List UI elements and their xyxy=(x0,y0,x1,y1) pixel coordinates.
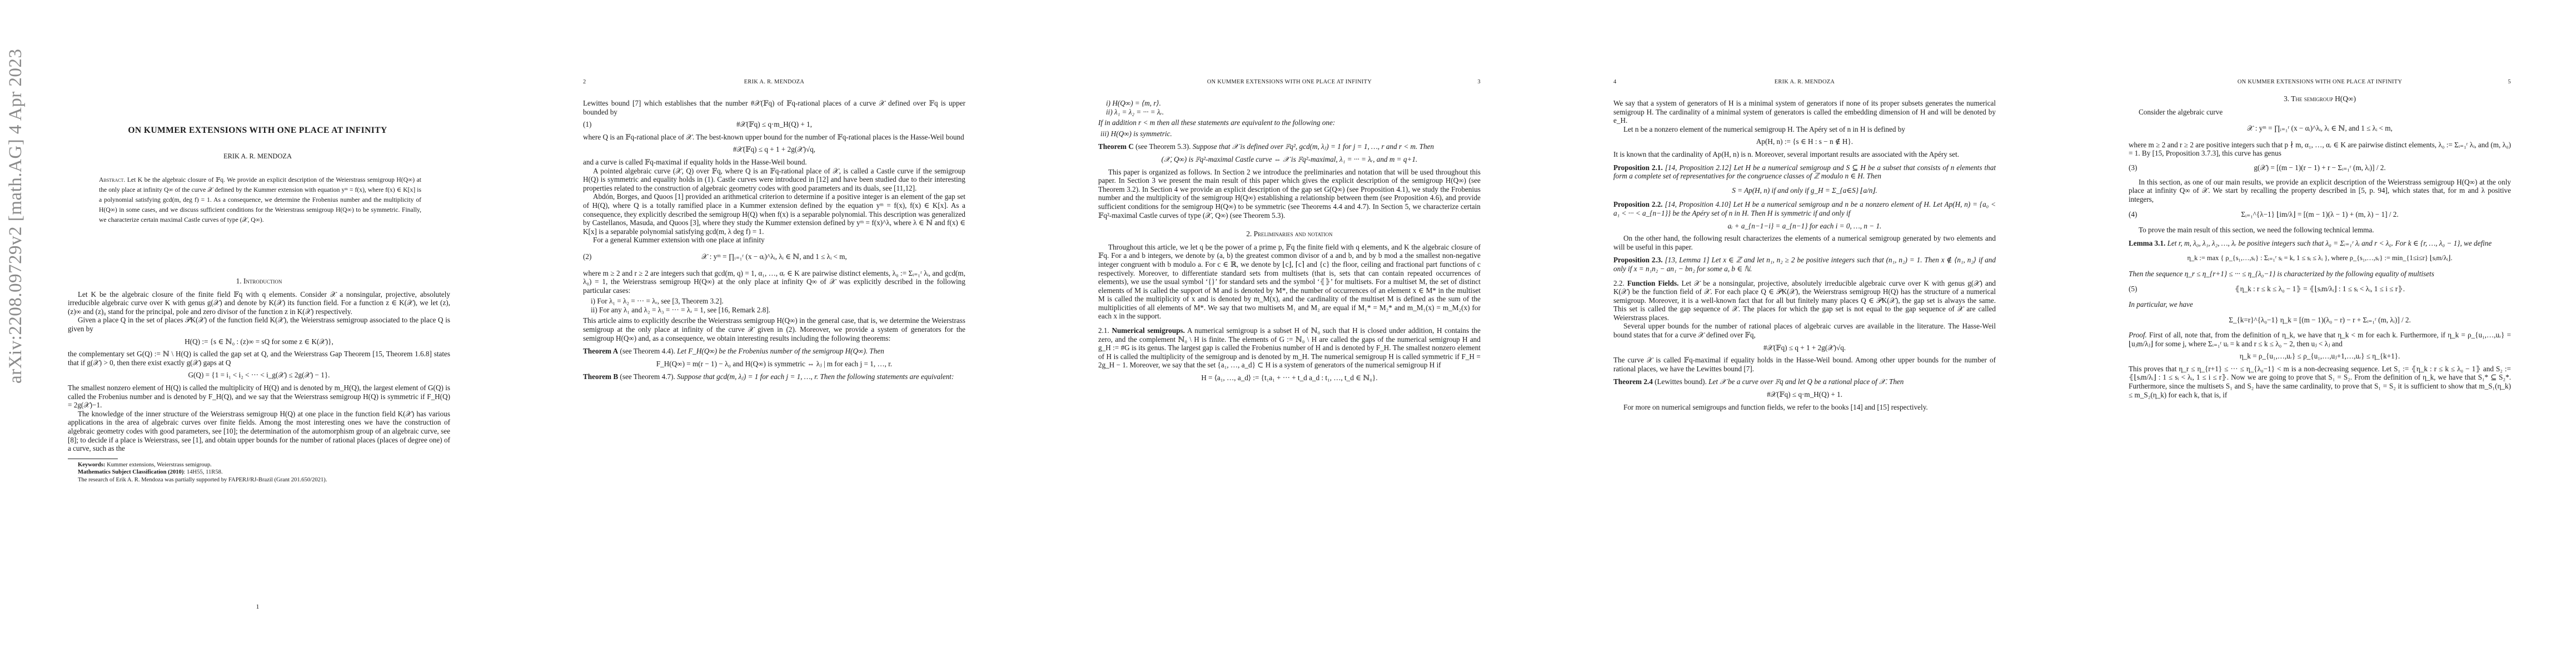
paragraph: For more on numerical semigroups and fun… xyxy=(1613,403,1996,412)
paragraph: This article aims to explicitly describe… xyxy=(583,316,965,342)
section-2-heading: 2. Preliminaries and notation xyxy=(1098,230,1481,238)
list-item: i) For λ₁ = λ₂ = ··· = λᵣ, see [3, Theor… xyxy=(591,297,965,306)
subsection-2-2: 2.2. Function Fields. Let 𝒳 be a nonsing… xyxy=(1613,279,1996,322)
proposition-2-1-equation: S = Ap(H, n) if and only if g_H = Σ_{a∈S… xyxy=(1613,186,1996,195)
equation-GQ: G(Q) = {1 = i₁ < i₂ < ··· < i_g(𝒳) ≤ 2g(… xyxy=(68,371,450,380)
paragraph: This proves that η_r ≤ η_{r+1} ≤ ··· ≤ η… xyxy=(2129,365,2511,399)
footnotes: Keywords: Kummer extensions, Weierstrass… xyxy=(68,461,450,484)
paper-author: ERIK A. R. MENDOZA xyxy=(0,152,515,161)
paragraph: The curve 𝒳 is called 𝔽q-maximal if equa… xyxy=(1613,356,1996,373)
page-number: 3 xyxy=(1478,79,1481,85)
paragraph: Then the sequence η_r ≤ η_{r+1} ≤ ··· ≤ … xyxy=(2129,270,2434,278)
paragraph: We say that a system of generators of H … xyxy=(1613,99,1996,125)
paragraph: Throughout this article, we let q be the… xyxy=(1098,243,1481,321)
running-head: ON KUMMER EXTENSIONS WITH ONE PLACE AT I… xyxy=(1098,79,1481,87)
paragraph: where m ≥ 2 and r ≥ 2 are positive integ… xyxy=(2129,141,2511,158)
proposition-2-2: Proposition 2.2. [14, Proposition 4.10] … xyxy=(1613,200,1996,217)
equation-3: (3)g(𝒳) = [(m − 1)(r − 1) + r − Σᵢ₌₁ʳ (m… xyxy=(2129,163,2511,172)
lemma-3-1-definition: η_k := max { ρ_{s₁,…,sᵣ} : Σᵢ₌₁ʳ sᵢ = k,… xyxy=(2129,254,2511,263)
abstract: Abstract. Let K be the algebraic closure… xyxy=(99,175,421,225)
paragraph: where Q is an 𝔽q-rational place of 𝒳. Th… xyxy=(583,133,965,142)
equation-curve: 𝒳 : yᵐ = ∏ᵢ₌₁ʳ (x − αᵢ)^λᵢ, λᵢ ∈ ℕ, and … xyxy=(2129,124,2511,133)
paper-title: ON KUMMER EXTENSIONS WITH ONE PLACE AT I… xyxy=(0,126,515,136)
page-5: ON KUMMER EXTENSIONS WITH ONE PLACE AT I… xyxy=(2061,0,2576,667)
paragraph: It is known that the cardinality of Ap(H… xyxy=(1613,150,1996,159)
keywords: Kummer extensions, Weierstrass semigroup… xyxy=(107,462,212,468)
proposition-2-3: Proposition 2.3. [13, Lemma 1] Let x ∈ ℤ… xyxy=(1613,256,1996,273)
page-1-body: 1. Introduction Let K be the algebraic c… xyxy=(68,277,450,484)
equation-tag: (3) xyxy=(2129,163,2137,172)
paragraph: If in addition r < m then all these stat… xyxy=(1098,118,1335,127)
running-title: ERIK A. R. MENDOZA xyxy=(583,79,965,85)
paragraph: where m ≥ 2 and r ≥ 2 are integers such … xyxy=(583,269,965,295)
page-2-body: Lewittes bound [7] which establishes tha… xyxy=(583,99,965,381)
paragraph: To prove the main result of this section… xyxy=(2129,226,2511,235)
running-head: 2 ERIK A. R. MENDOZA xyxy=(583,79,965,87)
abstract-text: Let K be the algebraic closure of 𝔽q. We… xyxy=(99,176,421,223)
paragraph: Let n be a nonzero element of the numeri… xyxy=(1613,125,1996,134)
paragraph: Several upper bounds for the number of r… xyxy=(1613,322,1996,339)
paragraph: The smallest nonzero element of H(Q) is … xyxy=(68,384,450,410)
case-list: i) For λ₁ = λ₂ = ··· = λᵣ, see [3, Theor… xyxy=(591,297,965,314)
equation-hasse-weil: #𝒳(𝔽q) ≤ q + 1 + 2g(𝒳)√q. xyxy=(1613,344,1996,352)
paragraph: Let K be the algebraic closure of the fi… xyxy=(68,290,450,316)
paragraph: and a curve is called 𝔽q-maximal if equa… xyxy=(583,158,965,167)
theorem-C: Theorem C (see Theorem 5.3). Suppose tha… xyxy=(1098,142,1481,151)
footnote-rule xyxy=(68,459,118,459)
paragraph: For a general Kummer extension with one … xyxy=(583,236,965,245)
paragraph: Abdón, Borges, and Quoos [1] provided an… xyxy=(583,192,965,236)
page-1: arXiv:2208.09729v2 [math.AG] 4 Apr 2023 … xyxy=(0,0,515,667)
page-3-body: i) H(Q∞) = ⟨m, r⟩. ii) λ₁ = λ₂ = ··· = λ… xyxy=(1098,99,1481,386)
page-4-body: We say that a system of generators of H … xyxy=(1613,99,1996,411)
running-title: ON KUMMER EXTENSIONS WITH ONE PLACE AT I… xyxy=(2129,79,2511,85)
theorem-C-equation: (𝒳, Q∞) is 𝔽q²-maximal Castle curve ⇔ 𝒳 … xyxy=(1098,155,1481,164)
theorem-2-4: Theorem 2.4 (Lewittes bound). Let 𝒳 be a… xyxy=(1613,377,1996,386)
funding-note: The research of Erik A. R. Mendoza was p… xyxy=(68,476,450,484)
paragraph: Given a place Q in the set of places 𝒫K(… xyxy=(68,316,450,333)
list-item: ii) λ₁ = λ₂ = ··· = λᵣ. xyxy=(1106,108,1164,116)
running-title: ERIK A. R. MENDOZA xyxy=(1613,79,1996,85)
equation-apery: Ap(H, n) := {s ∈ H : s − n ∉ H}. xyxy=(1613,137,1996,146)
proof: Proof. First of all, note that, from the… xyxy=(2129,331,2511,348)
arxiv-stamp: arXiv:2208.09729v2 [math.AG] 4 Apr 2023 xyxy=(6,49,26,384)
subsection-2-1: 2.1. Numerical semigroups. A numerical s… xyxy=(1098,326,1481,370)
paragraph: In this section, as one of our main resu… xyxy=(2129,178,2511,204)
equation-tag: (2) xyxy=(583,252,591,261)
statement-list: i) H(Q∞) = ⟨m, r⟩. ii) λ₁ = λ₂ = ··· = λ… xyxy=(1106,99,1481,116)
msc-label: Mathematics Subject Classification (2010… xyxy=(78,469,183,475)
page-2: 2 ERIK A. R. MENDOZA Lewittes bound [7] … xyxy=(515,0,1030,667)
equation-sum: Σ_{k=r}^{λ₀−1} η_k = [(m − 1)(λ₀ − r) − … xyxy=(2129,316,2511,325)
running-head: 4 ERIK A. R. MENDOZA xyxy=(1613,79,1996,87)
paragraph: Consider the algebraic curve xyxy=(2129,108,2511,117)
equation-generators: H = ⟨a₁, …, a_d⟩ := {t₁a₁ + ··· + t_d a_… xyxy=(1098,374,1481,382)
list-item: i) H(Q∞) = ⟨m, r⟩. xyxy=(1106,99,1161,107)
page-4: 4 ERIK A. R. MENDOZA We say that a syste… xyxy=(1546,0,2061,667)
proof-equation: η_k = ρ_{u₁,…,uᵣ} ≤ ρ_{u₁,…,uⱼ+1,…,uᵣ} ≤… xyxy=(2129,352,2511,361)
page-number: 1 xyxy=(0,603,515,611)
equation-tag: (4) xyxy=(2129,210,2137,219)
page-3: ON KUMMER EXTENSIONS WITH ONE PLACE AT I… xyxy=(1030,0,1546,667)
equation-tag: (1) xyxy=(583,120,591,129)
equation-1: (1)#𝒳(𝔽q) ≤ q·m_H(Q) + 1, xyxy=(583,120,965,129)
proposition-2-2-equation: aᵢ + a_{n−1−i} = a_{n−1} for each i = 0,… xyxy=(1613,222,1996,231)
equation-5: (5)⦃η_k : r ≤ k ≤ λ₀ − 1⦄ = ⦃⌊sᵢm/λᵢ⌋ : … xyxy=(2129,285,2511,293)
abstract-label: Abstract. xyxy=(99,176,125,183)
keywords-label: Keywords: xyxy=(78,462,105,468)
list-item: ii) For any λ₁ and λ₂ = λ₃ = ··· = λᵣ = … xyxy=(591,306,965,315)
paragraph: A pointed algebraic curve (𝒳, Q) over 𝔽q… xyxy=(583,167,965,193)
equation-hasse-weil: #𝒳(𝔽q) ≤ q + 1 + 2g(𝒳)√q, xyxy=(583,145,965,154)
paragraph: This paper is organized as follows. In S… xyxy=(1098,168,1481,220)
theorem-2-4-equation: #𝒳(𝔽q) ≤ q·m_H(Q) + 1. xyxy=(1613,390,1996,399)
paragraph: Lewittes bound [7] which establishes tha… xyxy=(583,99,965,116)
paragraph: On the other hand, the following result … xyxy=(1613,234,1996,251)
equation-2: (2)𝒳 : yᵐ = ∏ᵢ₌₁ʳ (x − αᵢ)^λᵢ, λᵢ ∈ ℕ, a… xyxy=(583,252,965,261)
section-1-heading: 1. Introduction xyxy=(68,277,450,286)
section-3-heading: 3. The semigroup H(Q∞) xyxy=(2129,94,2511,103)
running-head: ON KUMMER EXTENSIONS WITH ONE PLACE AT I… xyxy=(2129,79,2511,87)
proposition-2-1: Proposition 2.1. [14, Proposition 2.12] … xyxy=(1613,163,1996,181)
equation-HQ: H(Q) := {s ∈ ℕ₀ : (z)∞ = sQ for some z ∈… xyxy=(68,337,450,346)
paragraph: In particular, we have xyxy=(2129,300,2193,308)
list-item: iii) H(Q∞) is symmetric. xyxy=(1100,130,1172,138)
page-number: 5 xyxy=(2508,79,2512,85)
msc: : 14H55, 11R58. xyxy=(183,469,222,475)
theorem-A: Theorem A (see Theorem 4.4). Let F_H(Q∞)… xyxy=(583,347,965,356)
paragraph: The knowledge of the inner structure of … xyxy=(68,410,450,453)
theorem-B: Theorem B (see Theorem 4.7). Suppose tha… xyxy=(583,372,965,381)
equation-tag: (5) xyxy=(2129,285,2137,293)
paragraph: the complementary set G(Q) := ℕ \ H(Q) i… xyxy=(68,350,450,367)
lemma-3-1: Lemma 3.1. Let r, m, λ₀, λ₁, λ₂, …, λᵣ b… xyxy=(2129,239,2511,248)
running-title: ON KUMMER EXTENSIONS WITH ONE PLACE AT I… xyxy=(1098,79,1481,85)
equation-4: (4)Σᵢ₌₁^{λ−1} ⌊im/λ⌋ = [(m − 1)(λ − 1) +… xyxy=(2129,210,2511,219)
theorem-A-equation: F_H(Q∞) = m(r − 1) − λ₀ and H(Q∞) is sym… xyxy=(583,360,965,369)
page-5-body: 3. The semigroup H(Q∞) Consider the alge… xyxy=(2129,94,2511,399)
